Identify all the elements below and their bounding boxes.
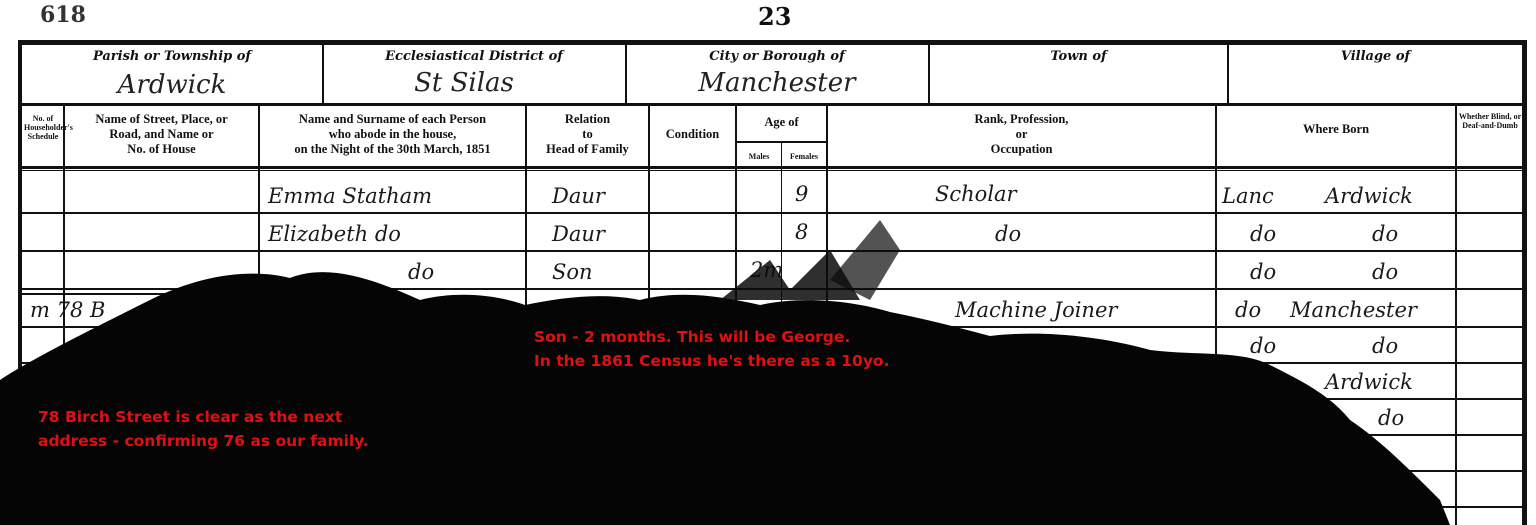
- annotation-birch-street: 78 Birch Street is clear as the next add…: [38, 405, 369, 453]
- annotation-line: In the 1861 Census he's there as a 10yo.: [534, 349, 889, 373]
- annotation-line: 78 Birch Street is clear as the next: [38, 405, 369, 429]
- annotation-george: Son - 2 months. This will be George. In …: [534, 325, 889, 373]
- annotation-line: address - confirming 76 as our family.: [38, 429, 369, 453]
- annotation-line: Son - 2 months. This will be George.: [534, 325, 889, 349]
